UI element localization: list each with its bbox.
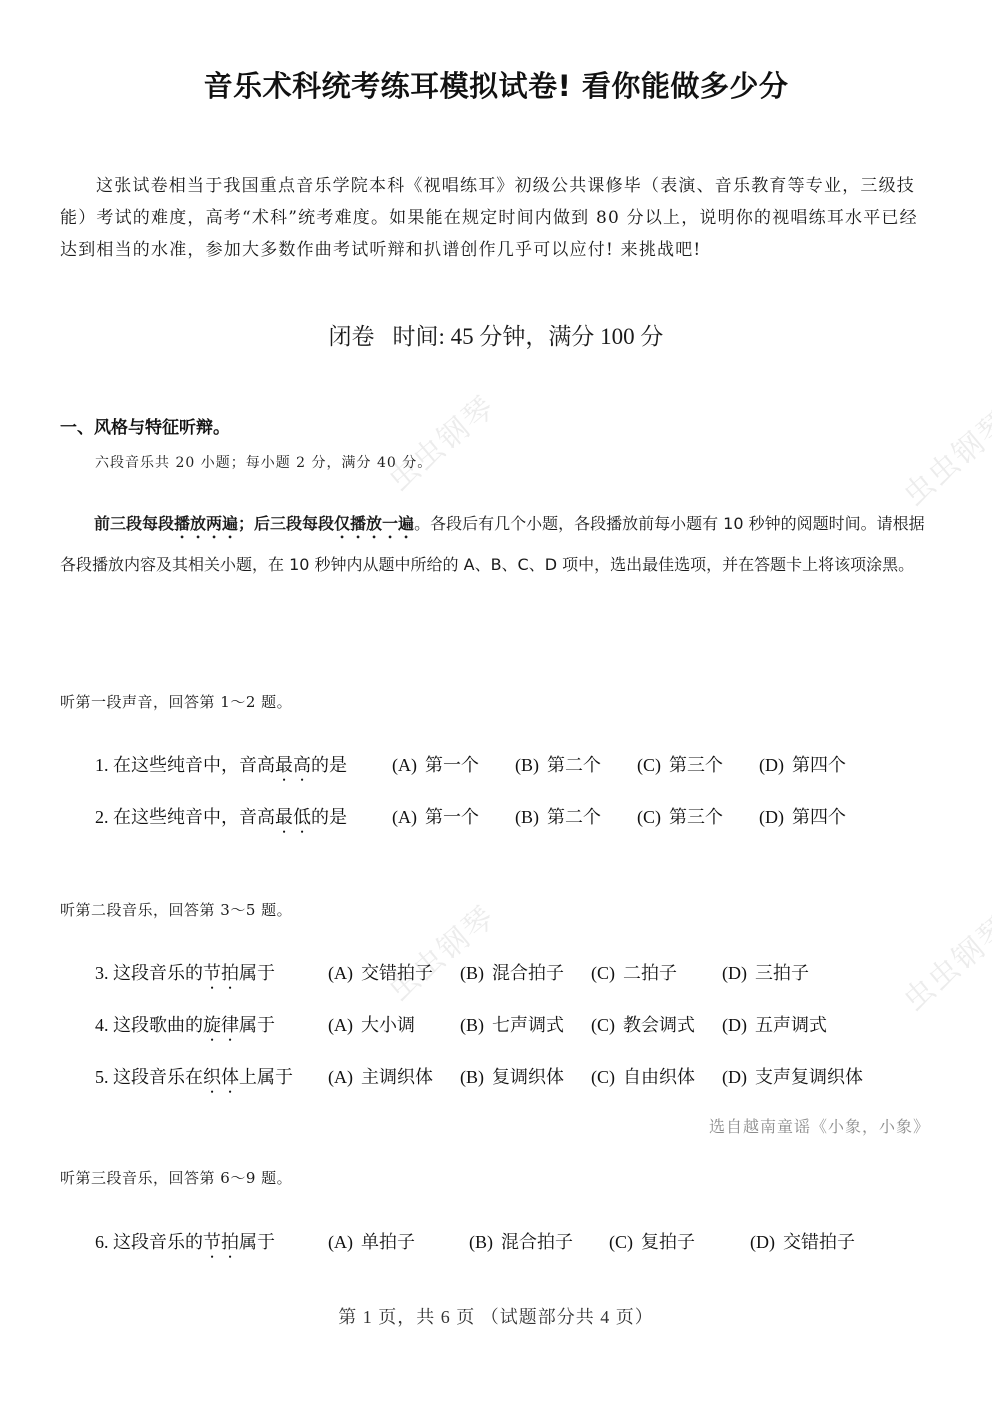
option-d[interactable]: (D)交错拍子 <box>750 1228 855 1254</box>
option-b[interactable]: (B)第二个 <box>515 803 601 829</box>
page-footer: 第 1 页，共 6 页 （试题部分共 4 页） <box>0 1303 992 1329</box>
option-a[interactable]: (A)大小调 <box>328 1011 415 1037</box>
instr-emph-1: 播放两遍 <box>174 514 238 533</box>
option-b[interactable]: (B)复调织体 <box>460 1063 564 1089</box>
source-note: 选自越南童谣《小象，小象》 <box>709 1114 930 1137</box>
section-instructions: 前三段每段播放两遍；后三段每段仅播放一遍。各段后有几个小题，各段播放前每小题有 … <box>60 503 935 585</box>
watermark: 虫虫钢琴 <box>892 903 992 1019</box>
option-d[interactable]: (D)三拍子 <box>722 959 809 985</box>
exam-info: 闭卷时间: 45 分钟，满分 100 分 <box>0 318 992 351</box>
option-d[interactable]: (D)支声复调织体 <box>722 1063 863 1089</box>
option-d[interactable]: (D)第四个 <box>759 751 846 777</box>
option-a[interactable]: (A)第一个 <box>392 751 479 777</box>
option-b[interactable]: (B)第二个 <box>515 751 601 777</box>
option-a[interactable]: (A)第一个 <box>392 803 479 829</box>
option-c[interactable]: (C)教会调式 <box>591 1011 695 1037</box>
instr-emph-2: 仅播放一遍 <box>334 514 414 533</box>
option-c[interactable]: (C)二拍子 <box>591 959 677 985</box>
option-c[interactable]: (C)自由织体 <box>591 1063 695 1089</box>
option-a[interactable]: (A)交错拍子 <box>328 959 433 985</box>
section-subheading: 六段音乐共 20 小题；每小题 2 分，满分 40 分。 <box>95 452 432 472</box>
option-b[interactable]: (B)混合拍子 <box>469 1228 573 1254</box>
document-title: 音乐术科统考练耳模拟试卷! 看你能做多少分 <box>0 64 992 105</box>
question-stem: 1. 在这些纯音中，音高最高的是 <box>95 751 347 785</box>
option-c[interactable]: (C)第三个 <box>637 751 723 777</box>
option-c[interactable]: (C)复拍子 <box>609 1228 695 1254</box>
option-a[interactable]: (A)主调织体 <box>328 1063 433 1089</box>
question-stem: 2. 在这些纯音中，音高最低的是 <box>95 803 347 837</box>
option-b[interactable]: (B)混合拍子 <box>460 959 564 985</box>
intro-paragraph: 这张试卷相当于我国重点音乐学院本科《视唱练耳》初级公共课修毕（表演、音乐教育等专… <box>60 170 935 266</box>
question-stem: 6. 这段音乐的节拍属于 <box>95 1228 275 1262</box>
instr-bold-1: 前三段每段 <box>94 514 174 533</box>
question-stem: 3. 这段音乐的节拍属于 <box>95 959 275 993</box>
part-3-label: 听第三段音乐，回答第 6～9 题。 <box>60 1167 292 1188</box>
section-heading: 一、风格与特征听辩。 <box>60 413 230 438</box>
part-2-label: 听第二段音乐，回答第 3～5 题。 <box>60 899 292 920</box>
question-stem: 5. 这段音乐在织体上属于 <box>95 1063 293 1097</box>
watermark: 虫虫钢琴 <box>377 383 503 499</box>
instr-bold-sep: ；后三段每段 <box>238 514 334 533</box>
watermark: 虫虫钢琴 <box>892 398 992 514</box>
option-d[interactable]: (D)五声调式 <box>722 1011 827 1037</box>
watermark: 虫虫钢琴 <box>377 893 503 1009</box>
part-1-label: 听第一段声音，回答第 1～2 题。 <box>60 691 292 712</box>
option-d[interactable]: (D)第四个 <box>759 803 846 829</box>
option-a[interactable]: (A)单拍子 <box>328 1228 415 1254</box>
option-b[interactable]: (B)七声调式 <box>460 1011 564 1037</box>
option-c[interactable]: (C)第三个 <box>637 803 723 829</box>
exam-time-score: 时间: 45 分钟，满分 100 分 <box>393 324 664 349</box>
question-stem: 4. 这段歌曲的旋律属于 <box>95 1011 275 1045</box>
exam-mode: 闭卷 <box>329 324 375 349</box>
